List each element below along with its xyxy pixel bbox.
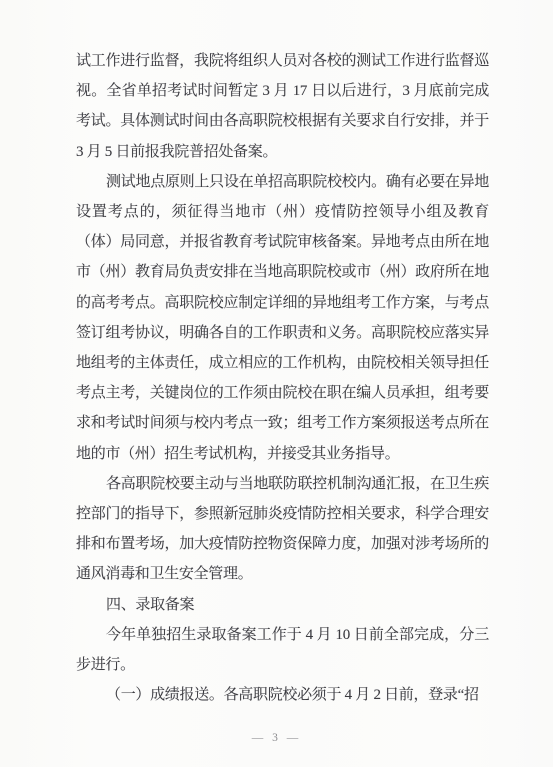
paragraph-filing-timeline: 今年单独招生录取备案工作于 4 月 10 日前全部完成，分三步进行。	[76, 620, 489, 680]
scanned-document-page: 试工作进行监督，我院将组织人员对各校的测试工作进行监督巡视。全省单招考试时间暂定…	[0, 0, 553, 767]
paragraph-epidemic-prevention: 各高职院校要主动与当地联防联控机制沟通汇报，在卫生疾控部门的指导下，参照新冠肺炎…	[76, 469, 489, 590]
paragraph-test-locations: 测试地点原则上只设在单招高职院校校内。确有必要在异地设置考点的，须征得当地市（州…	[76, 167, 489, 469]
document-body: 试工作进行监督，我院将组织人员对各校的测试工作进行监督巡视。全省单招考试时间暂定…	[76, 46, 489, 710]
page-number: — 3 —	[0, 732, 553, 744]
section-heading-admission-filing: 四、录取备案	[76, 590, 489, 620]
paragraph-score-submission: （一）成绩报送。各高职院校必须于 4 月 2 日前，登录“招	[76, 680, 489, 710]
paragraph-exam-supervision: 试工作进行监督，我院将组织人员对各校的测试工作进行监督巡视。全省单招考试时间暂定…	[76, 46, 489, 167]
